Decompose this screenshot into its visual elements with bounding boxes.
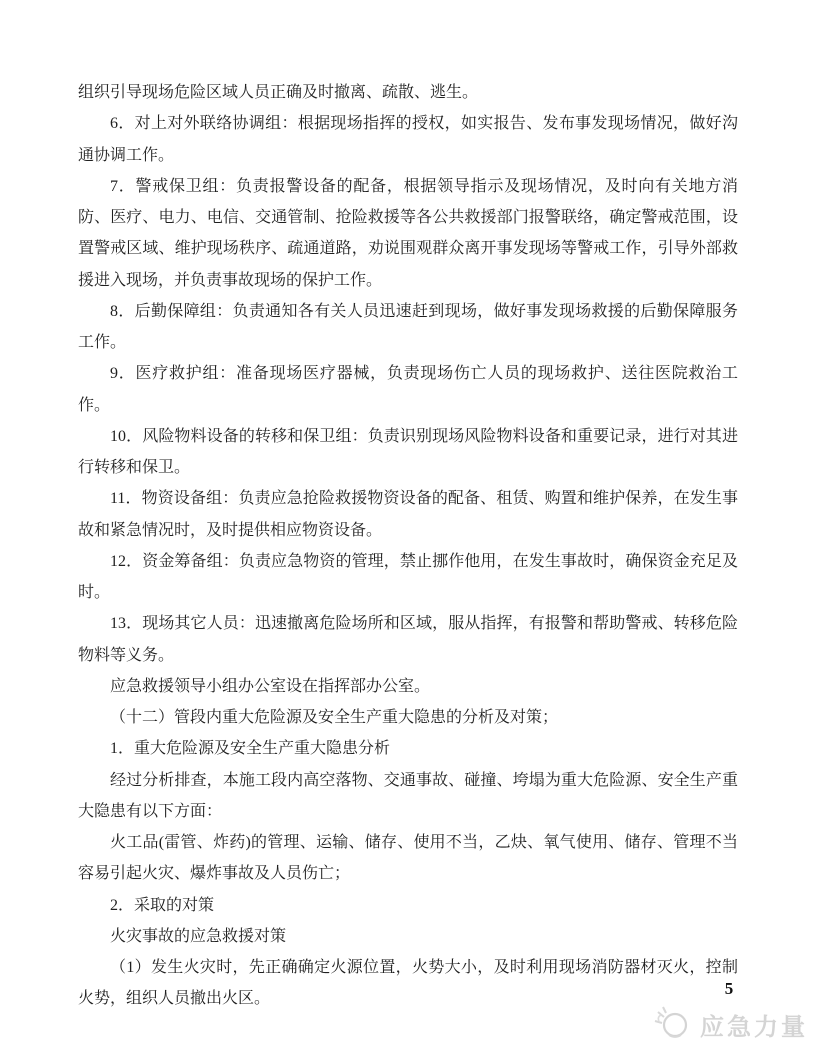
paragraph: 应急救援领导小组办公室设在指挥部办公室。 bbox=[78, 671, 738, 702]
page-number: 5 bbox=[693, 979, 765, 999]
paragraph: 火工品(雷管、炸药)的管理、运输、储存、使用不当，乙炔、氧气使用、储存、管理不当… bbox=[78, 827, 738, 890]
watermark-logo-icon bbox=[651, 1003, 695, 1045]
document-body: 组织引导现场危险区域人员正确及时撤离、疏散、逃生。6．对上对外联络协调组：根据现… bbox=[78, 77, 738, 1015]
paragraph: 6．对上对外联络协调组：根据现场指挥的授权，如实报告、发布事发现场情况，做好沟通… bbox=[78, 108, 738, 171]
paragraph: 13．现场其它人员：迅速撤离危险场所和区域，服从指挥，有报警和帮助警戒、转移危险… bbox=[78, 608, 738, 671]
paragraph: 11．物资设备组：负责应急抢险救援物资设备的配备、租赁、购置和维护保养，在发生事… bbox=[78, 483, 738, 546]
paragraph: 9．医疗救护组：准备现场医疗器械，负责现场伤亡人员的现场救护、送往医院救治工作。 bbox=[78, 358, 738, 421]
paragraph: 经过分析排查，本施工段内高空落物、交通事故、碰撞、垮塌为重大危险源、安全生产重大… bbox=[78, 765, 738, 828]
paragraph: 7．警戒保卫组：负责报警设备的配备，根据领导指示及现场情况，及时向有关地方消防、… bbox=[78, 171, 738, 296]
document-page: 组织引导现场危险区域人员正确及时撤离、疏散、逃生。6．对上对外联络协调组：根据现… bbox=[0, 0, 816, 1056]
paragraph: 2．采取的对策 bbox=[78, 890, 738, 921]
paragraph: （十二）管段内重大危险源及安全生产重大隐患的分析及对策； bbox=[78, 702, 738, 733]
paragraph: 12．资金筹备组：负责应急物资的管理，禁止挪作他用，在发生事故时，确保资金充足及… bbox=[78, 546, 738, 609]
watermark-text: 应急力量 bbox=[700, 1007, 808, 1042]
watermark: 应急力量 bbox=[651, 1003, 808, 1045]
paragraph: 8．后勤保障组：负责通知各有关人员迅速赶到现场，做好事发现场救援的后勤保障服务工… bbox=[78, 296, 738, 359]
paragraph: （1）发生火灾时，先正确确定火源位置，火势大小，及时利用现场消防器材灭火，控制火… bbox=[78, 952, 738, 1015]
paragraph: 组织引导现场危险区域人员正确及时撤离、疏散、逃生。 bbox=[78, 77, 738, 108]
paragraph: 火灾事故的应急救援对策 bbox=[78, 921, 738, 952]
paragraph: 10．风险物料设备的转移和保卫组：负责识别现场风险物料设备和重要记录，进行对其进… bbox=[78, 421, 738, 484]
paragraph: 1．重大危险源及安全生产重大隐患分析 bbox=[78, 733, 738, 764]
